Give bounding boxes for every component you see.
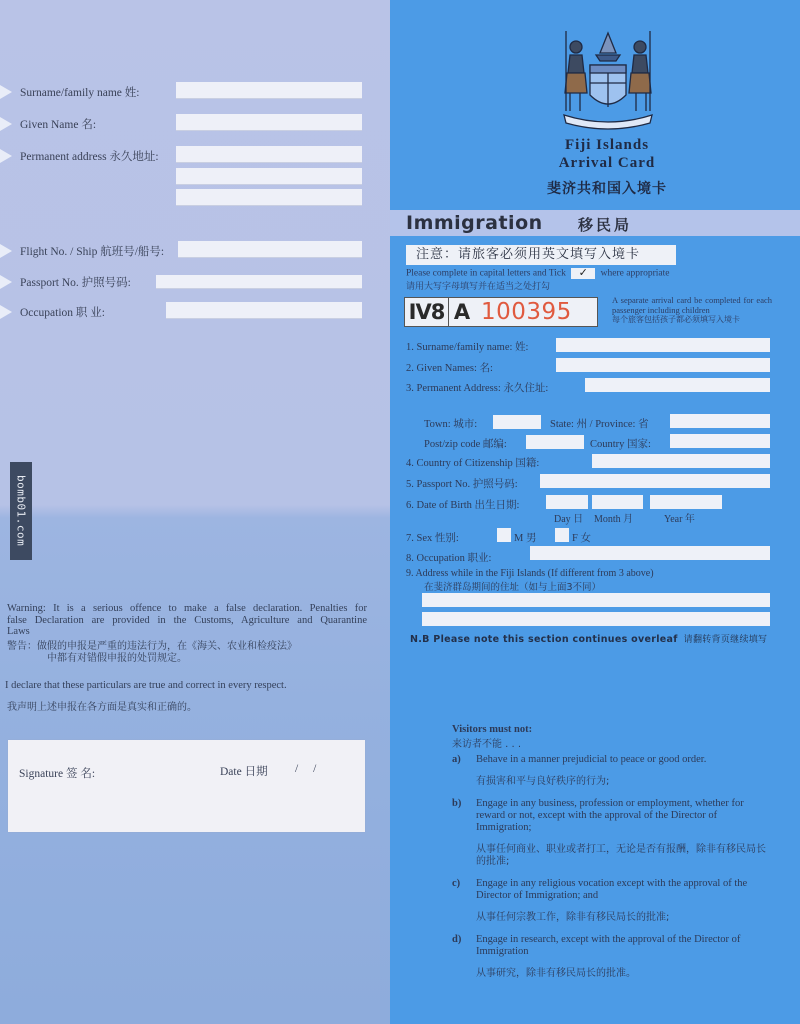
stub-occupation-field[interactable] xyxy=(166,302,362,319)
signature-box[interactable]: Signature 签 名: Date 日期 / / xyxy=(8,740,365,832)
stub-address-label: Permanent address 永久地址: xyxy=(20,148,159,164)
rule-en: Engage in research, except with the appr… xyxy=(476,934,740,957)
fiji-address-field-2[interactable] xyxy=(422,612,770,626)
nb-zh: 请翻转背页继续填写 xyxy=(684,635,768,645)
passport-field[interactable] xyxy=(540,474,770,488)
given-names-label: 2. Given Names: 名: xyxy=(406,360,493,375)
dob-month-field[interactable] xyxy=(592,495,643,509)
section-title-en: Immigration xyxy=(406,212,543,234)
rule-zh: 从事任何宗教工作，除非有移民局长的批准; xyxy=(476,912,772,924)
postcode-label: Post/zip code 邮编: xyxy=(424,436,507,451)
country-label: Country 国家: xyxy=(590,436,651,451)
dob-year-field[interactable] xyxy=(650,495,722,509)
departure-stub: Surname/family name 姓: Given Name 名: Per… xyxy=(0,0,390,1024)
country-field[interactable] xyxy=(670,434,770,448)
card-title-line-1: Fiji Islands xyxy=(552,137,662,154)
separate-note-zh: 每个旅客包括孩子都必须填写入境卡 xyxy=(612,315,740,324)
occupation-label: 8. Occupation 职业: xyxy=(406,550,491,565)
serial-number-box: IV8 A 100395 xyxy=(404,297,598,327)
stub-passport-row: Passport No. 护照号码: xyxy=(0,272,390,294)
separate-card-note: A separate arrival card be completed for… xyxy=(612,296,772,325)
rule-marker: a) xyxy=(452,754,461,766)
declaration-en: I declare that these particulars are tru… xyxy=(5,680,287,691)
stub-given-name-label: Given Name 名: xyxy=(20,116,96,132)
stub-occupation-row: Occupation 职 业: xyxy=(0,302,390,324)
permanent-address-field[interactable] xyxy=(585,378,770,392)
stub-surname-row: Surname/family name 姓: xyxy=(0,82,390,104)
sex-label: 7. Sex 性别: xyxy=(406,530,459,545)
rule-marker: b) xyxy=(452,798,461,810)
stub-address-field-2[interactable] xyxy=(176,168,362,185)
surname-field[interactable] xyxy=(556,338,770,352)
stub-passport-label: Passport No. 护照号码: xyxy=(20,274,131,290)
watermark-badge: bomb01.com xyxy=(10,462,32,560)
arrow-bullet-icon xyxy=(0,117,12,131)
rule-zh: 从事研究，除非有移民局长的批准。 xyxy=(476,968,772,980)
rule-en: Engage in any business, profession or em… xyxy=(476,798,744,833)
postcode-field[interactable] xyxy=(526,435,584,449)
separate-note-en: A separate arrival card be completed for… xyxy=(612,295,772,315)
rule-item: a) Behave in a manner prejudicial to pea… xyxy=(452,754,772,788)
sex-female-checkbox[interactable] xyxy=(555,528,569,542)
rule-zh: 从事任何商业、职业或者打工，无论是否有报酬，除非有移民局长的批准; xyxy=(476,844,772,868)
arrow-bullet-icon xyxy=(0,275,12,289)
sex-male-checkbox[interactable] xyxy=(497,528,511,542)
visitors-heading: Visitors must not: xyxy=(452,724,772,735)
serial-prefix: IV8 xyxy=(405,298,449,326)
instruction-zh: 请用大写字母填写并在适当之处打勾 xyxy=(406,279,550,292)
town-label: Town: 城市: xyxy=(424,416,477,431)
town-field[interactable] xyxy=(493,415,541,429)
dob-label: 6. Date of Birth 出生日期: xyxy=(406,497,519,512)
stub-address-row: Permanent address 永久地址: xyxy=(0,146,390,168)
visitors-heading-zh: 来访者不能 . . . xyxy=(452,735,772,750)
citizenship-label: 4. Country of Citizenship 国籍: xyxy=(406,455,539,470)
serial-number: 100395 xyxy=(475,298,572,326)
immigration-section-header: Immigration 移民局 xyxy=(390,210,800,236)
day-caption: Day 日 xyxy=(554,510,583,525)
fiji-address-field-1[interactable] xyxy=(422,593,770,607)
arrow-bullet-icon xyxy=(0,149,12,163)
warning-zh-2: 中都有对错假申报的处罚规定。 xyxy=(7,653,367,665)
declaration-zh: 我声明上述申报在各方面是真实和正确的。 xyxy=(7,698,197,713)
surname-label: 1. Surname/family name: 姓: xyxy=(406,339,528,354)
date-label: Date 日期 xyxy=(220,763,268,779)
rule-item: c) Engage in any religious vocation exce… xyxy=(452,878,772,924)
occupation-field[interactable] xyxy=(530,546,770,560)
arrival-card: Fiji Islands Arrival Card 斐济共和国入境卡 Immig… xyxy=(390,0,800,1024)
stub-given-name-field[interactable] xyxy=(176,114,362,131)
instruction-en: Please complete in capital letters and T… xyxy=(406,268,669,279)
section-title-zh: 移民局 xyxy=(578,214,632,235)
signature-label: Signature 签 名: xyxy=(19,765,95,781)
rule-en: Engage in any religious vocation except … xyxy=(476,878,747,901)
stub-flight-label: Flight No. / Ship 航班号/船号: xyxy=(20,243,164,259)
stub-address-field-1[interactable] xyxy=(176,146,362,163)
card-title-line-2: Arrival Card xyxy=(542,155,672,172)
card-title-zh: 斐济共和国入境卡 xyxy=(534,178,680,198)
arrow-bullet-icon xyxy=(0,244,12,258)
arrow-bullet-icon xyxy=(0,85,12,99)
rule-en: Behave in a manner prejudicial to peace … xyxy=(476,754,706,765)
stub-flight-field[interactable] xyxy=(178,241,362,258)
month-caption: Month 月 xyxy=(594,510,633,525)
serial-letter: A xyxy=(449,298,475,326)
fiji-coat-of-arms-icon xyxy=(560,25,656,130)
stub-address-field-3[interactable] xyxy=(176,189,362,206)
date-slashes: / / xyxy=(295,763,316,775)
stub-passport-field[interactable] xyxy=(156,275,362,289)
stub-occupation-label: Occupation 职 业: xyxy=(20,304,105,320)
warning-en: Warning: It is a serious offence to make… xyxy=(7,603,367,638)
fiji-address-label: 9. Address while in the Fiji Islands (If… xyxy=(406,568,654,579)
arrow-bullet-icon xyxy=(0,305,12,319)
given-names-field[interactable] xyxy=(556,358,770,372)
permanent-address-label: 3. Permanent Address: 永久住址: xyxy=(406,380,548,395)
visitors-must-not-section: Visitors must not: 来访者不能 . . . a) Behave… xyxy=(452,724,772,990)
nb-en: N.B Please note this section continues o… xyxy=(410,634,678,645)
passport-label: 5. Passport No. 护照号码: xyxy=(406,476,518,491)
continues-overleaf-note: N.B Please note this section continues o… xyxy=(410,632,767,645)
rule-marker: d) xyxy=(452,934,461,946)
stub-flight-row: Flight No. / Ship 航班号/船号: xyxy=(0,241,390,263)
state-label: State: 州 / Province: 省 xyxy=(550,416,649,431)
notice-banner: 注意：请旅客必须用英文填写入境卡 xyxy=(406,245,676,265)
sex-male-label: M 男 xyxy=(514,530,536,545)
stub-given-name-row: Given Name 名: xyxy=(0,114,390,136)
instruction-after: where appropriate xyxy=(601,269,670,279)
rule-item: d) Engage in research, except with the a… xyxy=(452,934,772,980)
warning-text: Warning: It is a serious offence to make… xyxy=(7,603,367,665)
instruction-before: Please complete in capital letters and T… xyxy=(406,269,566,279)
stub-surname-field[interactable] xyxy=(176,82,362,99)
rule-marker: c) xyxy=(452,878,460,890)
warning-zh-1: 警告：做假的申报是严重的违法行为，在《海关、农业和检疫法》 xyxy=(7,641,367,653)
state-field[interactable] xyxy=(670,414,770,428)
stub-surname-label: Surname/family name 姓: xyxy=(20,84,139,100)
rule-zh: 有损害和平与良好秩序的行为; xyxy=(476,776,772,788)
fiji-address-label-zh: 在斐济群岛期间的住址（如与上面3不同） xyxy=(424,579,601,593)
rule-item: b) Engage in any business, profession or… xyxy=(452,798,772,868)
tick-example-icon: ✓ xyxy=(571,268,595,279)
sex-female-label: F 女 xyxy=(572,530,591,545)
year-caption: Year 年 xyxy=(664,510,695,525)
citizenship-field[interactable] xyxy=(592,454,770,468)
dob-day-field[interactable] xyxy=(546,495,588,509)
